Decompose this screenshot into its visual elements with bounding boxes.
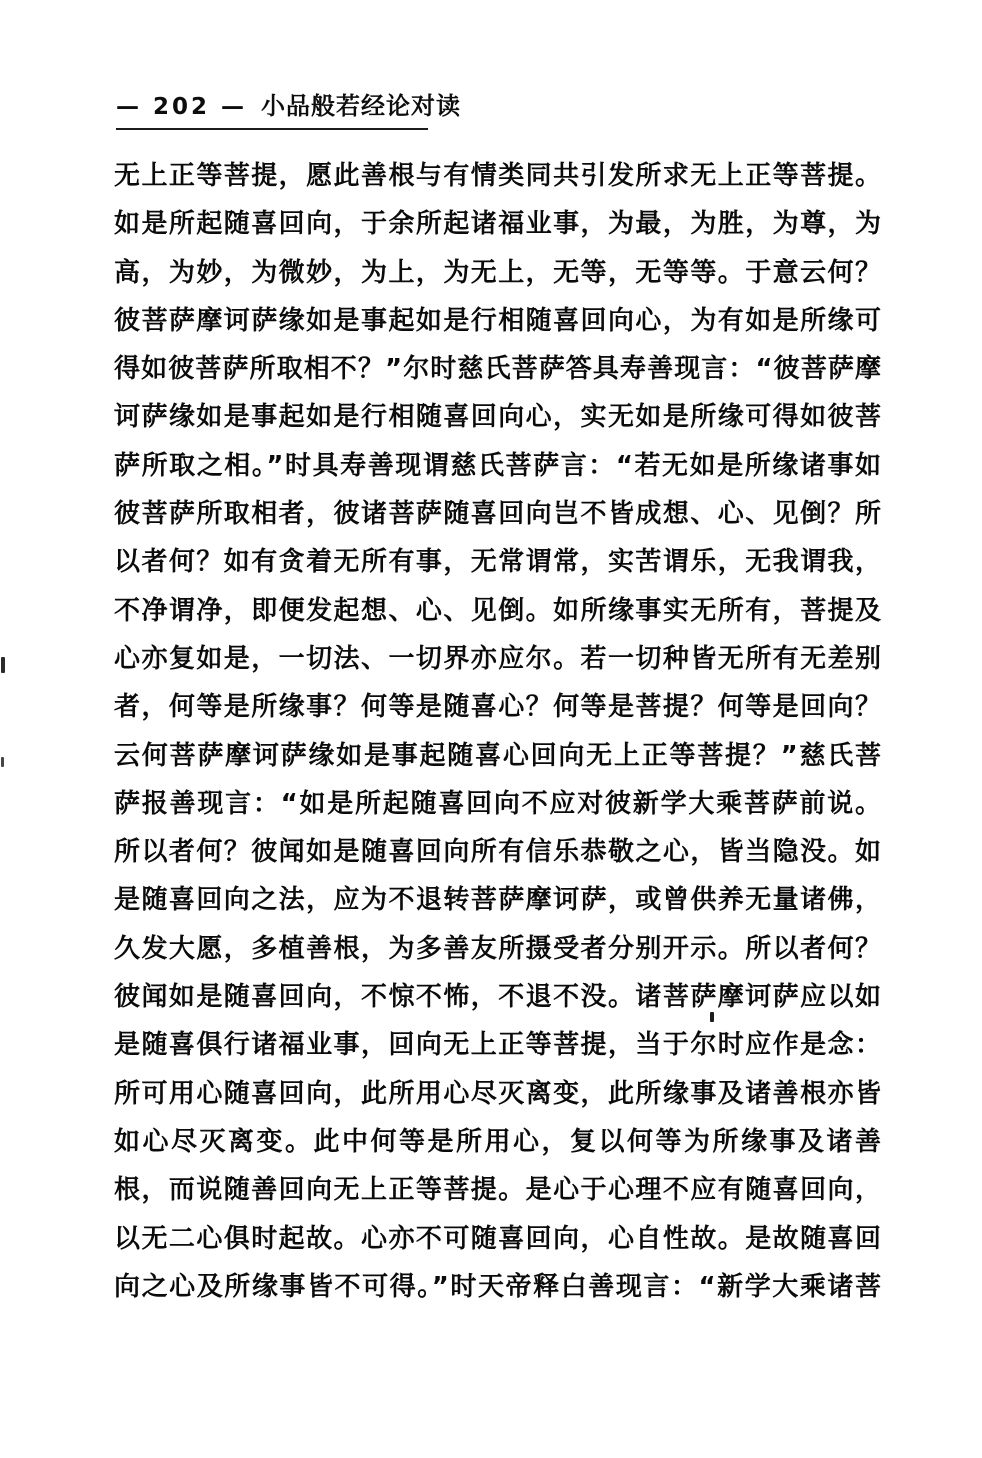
text-line: 彼菩萨所取相者，彼诸菩萨随喜回向岂不皆成想、心、见倒？所 [114,490,881,538]
text-line: 云何菩萨摩诃萨缘如是事起随喜心回向无上正等菩提？”慈氏菩 [114,732,881,780]
text-line: 以者何？如有贪着无所有事，无常谓常，实苦谓乐，无我谓我， [114,538,881,586]
text-line: 诃萨缘如是事起如是行相随喜回向心，实无如是所缘可得如彼菩 [114,393,881,441]
running-header: — 202 — 小品般若经论对读 [116,86,428,130]
scan-artifact [1,657,5,673]
scanned-book-page: — 202 — 小品般若经论对读 无上正等菩提，愿此善根与有情类同共引发所求无上… [0,0,982,1458]
text-line: 向之心及所缘事皆不可得。”时天帝释白善现言：“新学大乘诸菩 [114,1263,881,1311]
text-line: 不净谓净，即便发起想、心、见倒。如所缘事实无所有，菩提及 [114,587,881,635]
text-line: 以无二心俱时起故。心亦不可随喜回向，心自性故。是故随喜回 [114,1215,881,1263]
text-line: 高，为妙，为微妙，为上，为无上，无等，无等等。于意云何？ [114,249,881,297]
text-line: 久发大愿，多植善根，为多善友所摄受者分别开示。所以者何？ [114,925,881,973]
scan-artifact [1,757,4,767]
text-line: 萨所取之相。”时具寿善现谓慈氏菩萨言：“若无如是所缘诸事如 [114,442,881,490]
text-line: 所可用心随喜回向，此所用心尽灭离变，此所缘事及诸善根亦皆 [114,1070,881,1118]
text-line: 萨报善现言：“如是所起随喜回向不应对彼新学大乘菩萨前说。 [114,780,881,828]
book-title: 小品般若经论对读 [261,86,461,121]
text-line: 心亦复如是，一切法、一切界亦应尔。若一切种皆无所有无差别 [114,635,881,683]
text-line: 如是所起随喜回向，于余所起诸福业事，为最，为胜，为尊，为 [114,200,881,248]
body-text: 无上正等菩提，愿此善根与有情类同共引发所求无上正等菩提。如是所起随喜回向，于余所… [114,152,881,1311]
text-line: 根，而说随善回向无上正等菩提。是心于心理不应有随喜回向， [114,1166,881,1214]
text-line: 无上正等菩提，愿此善根与有情类同共引发所求无上正等菩提。 [114,152,881,200]
text-line: 所以者何？彼闻如是随喜回向所有信乐恭敬之心，皆当隐没。如 [114,828,881,876]
text-line: 是随喜俱行诸福业事，回向无上正等菩提，当于尔时应作是念： [114,1021,881,1069]
text-line: 如心尽灭离变。此中何等是所用心，复以何等为所缘事及诸善 [114,1118,881,1166]
text-line: 彼菩萨摩诃萨缘如是事起如是行相随喜回向心，为有如是所缘可 [114,297,881,345]
page-number: — 202 — [116,94,247,120]
text-line: 得如彼菩萨所取相不？”尔时慈氏菩萨答具寿善现言：“彼菩萨摩 [114,345,881,393]
text-line: 者，何等是所缘事？何等是随喜心？何等是菩提？何等是回向？ [114,683,881,731]
text-line: 彼闻如是随喜回向，不惊不怖，不退不没。诸菩萨摩诃萨应以如 [114,973,881,1021]
text-line: 是随喜回向之法，应为不退转菩萨摩诃萨，或曾供养无量诸佛， [114,876,881,924]
scan-artifact [710,1012,714,1022]
